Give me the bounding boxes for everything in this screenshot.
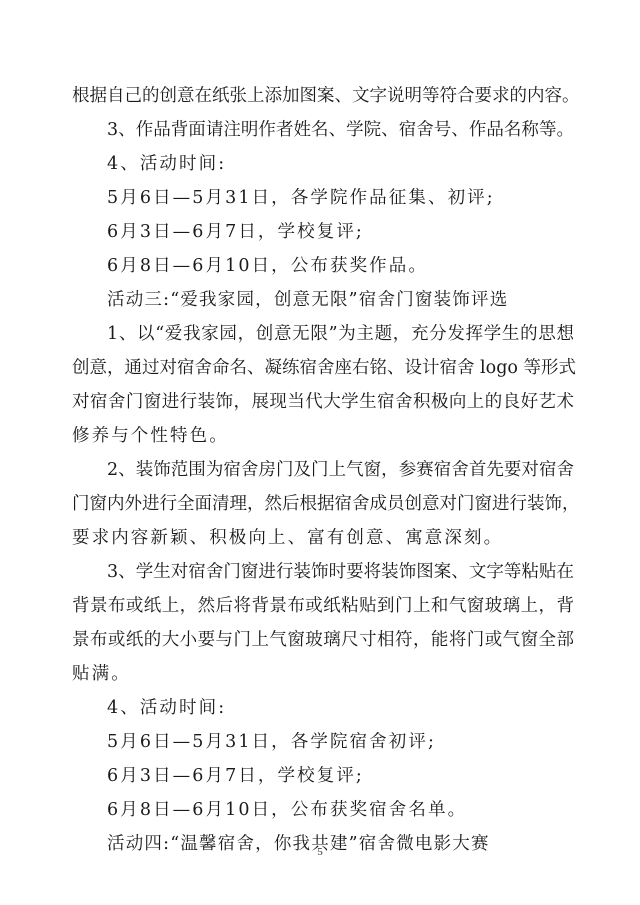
activity-three-heading: 活动三:“爱我家园，创意无限”宿舍门窗装饰评选 [107, 288, 574, 312]
page-number: 5 [0, 846, 640, 858]
section-label-activity-time: 4、活动时间: [107, 152, 574, 176]
paragraph-line: 1、以“爱我家园，创意无限”为主题，充分发挥学生的思想 [107, 322, 574, 346]
schedule-item: 6月8日—6月10日，公布获奖作品。 [107, 254, 574, 278]
paragraph-line: 修养与个性特色。 [72, 424, 574, 448]
paragraph-line: 根据自己的创意在纸张上添加图案、文字说明等符合要求的内容。 [72, 84, 574, 108]
paragraph-line: 门窗内外进行全面清理，然后根据宿舍成员创意对门窗进行装饰， [72, 492, 574, 516]
paragraph-line: 景布或纸的大小要与门上气窗玻璃尺寸相符，能将门或气窗全部 [72, 628, 574, 652]
paragraph-line: 3、学生对宿舍门窗进行装饰时要将装饰图案、文字等粘贴在 [107, 560, 574, 584]
paragraph-line: 创意，通过对宿舍命名、凝练宿舍座右铭、设计宿舍 logo 等形式 [72, 356, 574, 380]
schedule-item: 6月3日—6月7日，学校复评; [107, 220, 574, 244]
section-label-activity-time: 4、活动时间: [107, 696, 574, 720]
schedule-item: 6月8日—6月10日，公布获奖宿舍名单。 [107, 798, 574, 822]
paragraph-line: 3、作品背面请注明作者姓名、学院、宿舍号、作品名称等。 [107, 118, 574, 142]
paragraph-line: 贴满。 [72, 662, 574, 686]
document-page: 根据自己的创意在纸张上添加图案、文字说明等符合要求的内容。 3、作品背面请注明作… [0, 0, 640, 905]
schedule-item: 5月6日—5月31日，各学院作品征集、初评; [107, 186, 574, 210]
paragraph-line: 背景布或纸上，然后将背景布或纸粘贴到门上和气窗玻璃上，背 [72, 594, 574, 618]
schedule-item: 6月3日—6月7日，学校复评; [107, 764, 574, 788]
paragraph-line: 要求内容新颖、积极向上、富有创意、寓意深刻。 [72, 526, 574, 550]
schedule-item: 5月6日—5月31日，各学院宿舍初评; [107, 730, 574, 754]
paragraph-line: 对宿舍门窗进行装饰，展现当代大学生宿舍积极向上的良好艺术 [72, 390, 574, 414]
paragraph-line: 2、装饰范围为宿舍房门及门上气窗，参赛宿舍首先要对宿舍 [107, 458, 574, 482]
